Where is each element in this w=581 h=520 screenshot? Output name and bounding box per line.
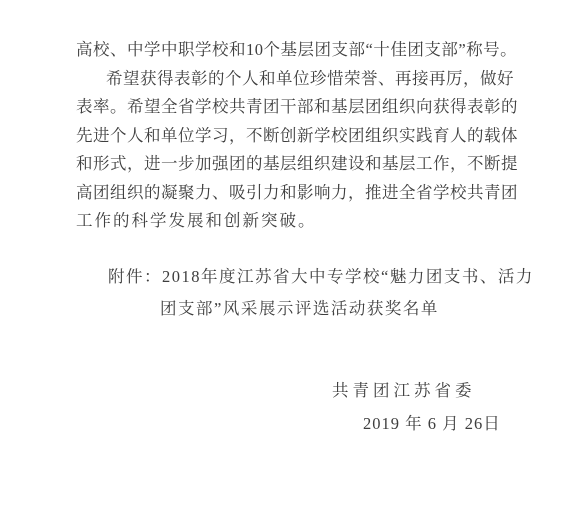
date: 2019 年 6 月 26日 [363,411,501,437]
attachment-block: 附件：2018年度江苏省大中专学校“魅力团支书、活力 团支部”风采展示评选活动获… [108,261,510,324]
attachment-line: 附件：2018年度江苏省大中专学校“魅力团支书、活力 [108,261,510,293]
body-line: 高校、中学中职学校和10个基层团支部“十佳团支部”称号。 [76,36,508,65]
signature: 共青团江苏省委 [332,378,476,404]
body-line: 先进个人和单位学习，不断创新学校团组织实践育人的载体 [76,122,508,151]
attachment-line: 团支部”风采展示评选活动获奖名单 [108,293,510,325]
body-line: 希望获得表彰的个人和单位珍惜荣誉、再接再厉，做好 [76,65,508,94]
document-page: 高校、中学中职学校和10个基层团支部“十佳团支部”称号。 希望获得表彰的个人和单… [0,0,581,520]
body-line: 高团组织的凝聚力、吸引力和影响力，推进全省学校共青团 [76,179,508,208]
body-line: 和形式，进一步加强团的基层组织建设和基层工作，不断提 [76,150,508,179]
body-line: 工作的科学发展和创新突破。 [76,207,508,236]
body-paragraphs: 高校、中学中职学校和10个基层团支部“十佳团支部”称号。 希望获得表彰的个人和单… [76,36,508,236]
body-line: 表率。希望全省学校共青团干部和基层团组织向获得表彰的 [76,93,508,122]
